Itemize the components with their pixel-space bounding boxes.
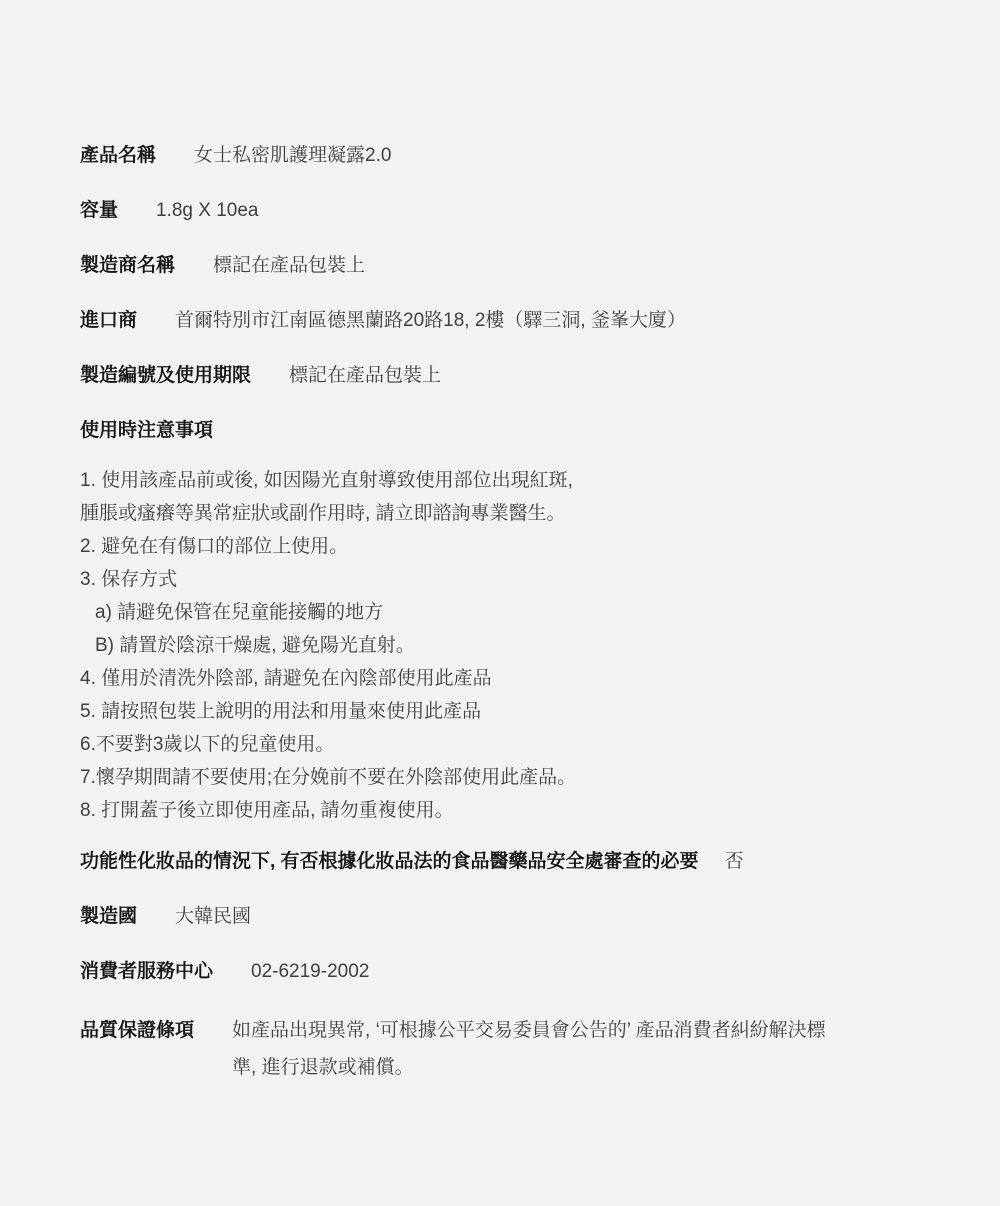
volume-value: 1.8g X 10ea	[156, 196, 258, 226]
country-value: 大韓民國	[175, 902, 251, 932]
field-row-batch-expiry: 製造編號及使用期限 標記在產品包裝上	[80, 361, 940, 391]
field-row-customer-service: 消費者服務中心 02-6219-2002	[80, 957, 940, 987]
field-row-manufacturer: 製造商名稱 標記在產品包裝上	[80, 251, 940, 281]
precaution-line: 2. 避免在有傷口的部位上使用。	[80, 530, 940, 563]
volume-label: 容量	[80, 196, 118, 226]
precaution-line: 1. 使用該產品前或後, 如因陽光直射導致使用部位出現紅斑,	[80, 464, 940, 497]
field-row-volume: 容量 1.8g X 10ea	[80, 196, 940, 226]
field-row-product-name: 產品名稱 女士私密肌護理凝露2.0	[80, 141, 940, 171]
field-row-importer: 進口商 首爾特別市江南區德黑蘭路20路18, 2樓（驛三洞, 釜峯大廈）	[80, 306, 940, 336]
country-label: 製造國	[80, 902, 137, 932]
field-row-country: 製造國 大韓民國	[80, 902, 940, 932]
field-row-quality-guarantee: 品質保證條項 如產品出現異常, ‘可根據公平交易委員會公告的’ 產品消費者糾紛解…	[80, 1012, 940, 1086]
functional-review-row: 功能性化妝品的情況下, 有否根據化妝品法的食品醫藥品安全處審查的必要 否	[80, 847, 940, 877]
product-name-label: 產品名稱	[80, 141, 156, 171]
precaution-line: B) 請置於陰涼干燥處, 避免陽光直射。	[80, 629, 940, 662]
precaution-line: 4. 僅用於清洗外陰部, 請避免在內陰部使用此產品	[80, 662, 940, 695]
precaution-line: 5. 請按照包裝上說明的用法和用量來使用此產品	[80, 695, 940, 728]
precaution-line: 腫脹或瘙癢等異常症狀或副作用時, 請立即諮詢專業醫生。	[80, 497, 940, 530]
precautions-heading: 使用時注意事項	[80, 416, 940, 446]
product-info-sheet: 產品名稱 女士私密肌護理凝露2.0 容量 1.8g X 10ea 製造商名稱 標…	[0, 0, 1000, 1086]
precaution-line: a) 請避免保管在兒童能接觸的地方	[80, 596, 940, 629]
functional-review-value: 否	[725, 847, 744, 877]
batch-expiry-label: 製造編號及使用期限	[80, 361, 251, 391]
customer-service-value: 02-6219-2002	[251, 957, 369, 987]
precautions-list: 1. 使用該產品前或後, 如因陽光直射導致使用部位出現紅斑, 腫脹或瘙癢等異常症…	[80, 464, 940, 827]
quality-guarantee-value: 如產品出現異常, ‘可根據公平交易委員會公告的’ 產品消費者糾紛解決標準, 進行…	[232, 1012, 832, 1086]
precaution-line: 8. 打開蓋子後立即使用產品, 請勿重複使用。	[80, 794, 940, 827]
functional-review-label: 功能性化妝品的情況下, 有否根據化妝品法的食品醫藥品安全處審查的必要	[80, 847, 699, 877]
manufacturer-label: 製造商名稱	[80, 251, 175, 281]
product-name-value: 女士私密肌護理凝露2.0	[194, 141, 391, 171]
precaution-line: 6.不要對3歲以下的兒童使用。	[80, 728, 940, 761]
importer-label: 進口商	[80, 306, 137, 336]
quality-guarantee-label: 品質保證條項	[80, 1012, 194, 1049]
importer-value: 首爾特別市江南區德黑蘭路20路18, 2樓（驛三洞, 釜峯大廈）	[175, 306, 686, 336]
customer-service-label: 消費者服務中心	[80, 957, 213, 987]
precaution-line: 3. 保存方式	[80, 563, 940, 596]
batch-expiry-value: 標記在產品包裝上	[289, 361, 441, 391]
precaution-line: 7.懷孕期間請不要使用;在分娩前不要在外陰部使用此產品。	[80, 761, 940, 794]
manufacturer-value: 標記在產品包裝上	[213, 251, 365, 281]
